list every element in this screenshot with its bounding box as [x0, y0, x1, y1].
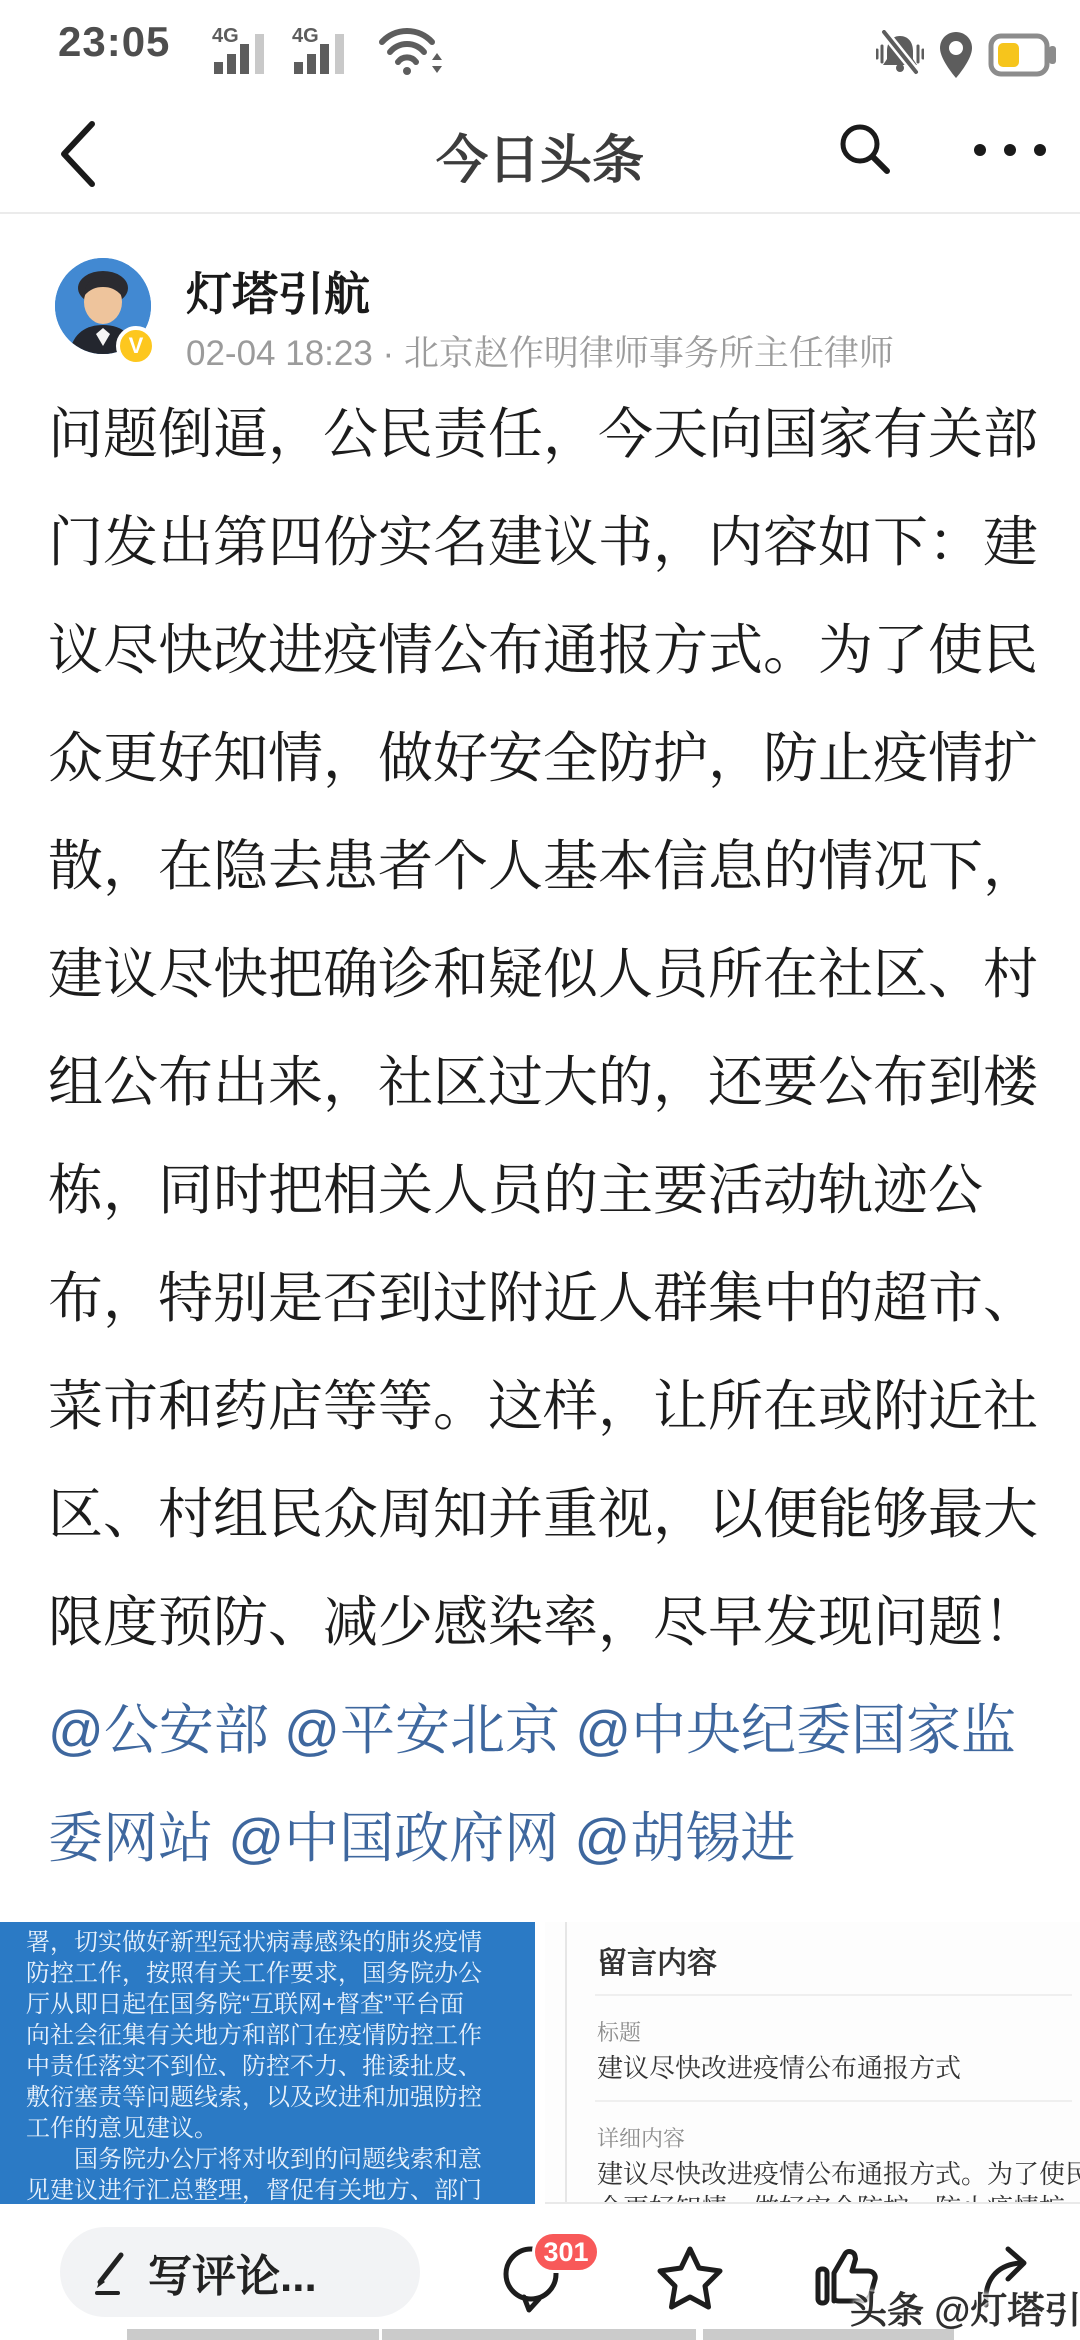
- attachment-text-line: 中责任落实不到位、防控不力、推诿扯皮、: [26, 2051, 535, 2082]
- header-divider: [0, 212, 1080, 214]
- mention-link-line[interactable]: 委网站 @中国政府网 @胡锡进: [48, 1784, 1038, 1892]
- verified-badge: V: [116, 326, 156, 366]
- form-divider: [595, 2100, 1072, 2102]
- battery-icon: [988, 32, 1058, 78]
- author-meta: 02-04 18:23 · 北京赵作明律师事务所主任律师: [186, 326, 894, 376]
- form-title-label: 标题: [597, 2016, 641, 2047]
- attachment-text-line: 向社会征集有关地方和部门在疫情防控工作: [26, 2020, 535, 2051]
- post-text-line: 限度预防、减少感染率，尽早发现问题！: [48, 1568, 1038, 1676]
- post-text-line: 问题倒逼，公民责任，今天向国家有关部: [48, 380, 1038, 488]
- mute-bell-icon: [876, 30, 924, 78]
- wifi-icon: [376, 22, 446, 76]
- card-left-border: [565, 1922, 567, 2202]
- post-text-line: 布，特别是否到过附近人群集中的超市、: [48, 1244, 1038, 1352]
- attachment-text-line: 国务院办公厅将对收到的问题线索和意: [26, 2144, 535, 2175]
- mention-link-line[interactable]: @公安部 @平安北京 @中央纪委国家监: [48, 1676, 1038, 1784]
- search-icon[interactable]: [834, 118, 896, 180]
- comment-count-badge: 301: [532, 2231, 600, 2273]
- cellular-signal-icon-1: 4G: [212, 24, 274, 76]
- pencil-icon: [88, 2248, 132, 2296]
- comment-placeholder: 写评论...: [148, 2240, 317, 2304]
- post-text-line: 区、村组民众周知并重视，以便能够最大: [48, 1460, 1038, 1568]
- thumbnail-strip: [703, 2329, 954, 2340]
- post-text-line: 散，在隐去患者个人基本信息的情况下，: [48, 812, 1038, 920]
- post-text-line: 门发出第四份实名建议书，内容如下：建: [48, 488, 1038, 596]
- attachment-image-document[interactable]: 署，切实做好新型冠状病毒感染的肺炎疫情 防控工作，按照有关工作要求，国务院办公 …: [0, 1922, 535, 2204]
- post-text-line: 众更好知情，做好安全防护，防止疫情扩: [48, 704, 1038, 812]
- thumbnail-strip: [127, 2329, 379, 2340]
- attachment-text-line: 厅从即日起在国务院“互联网+督查”平台面: [26, 1989, 535, 2020]
- status-time: 23:05: [58, 18, 170, 66]
- attachment-text-line: 敷衍塞责等问题线索，以及改进和加强防控: [26, 2082, 535, 2113]
- form-detail-label: 详细内容: [597, 2122, 685, 2153]
- location-icon: [936, 30, 976, 82]
- post-text-line: 议尽快改进疫情公布通报方式。为了使民: [48, 596, 1038, 704]
- attachment-text-line: 署，切实做好新型冠状病毒感染的肺炎疫情: [26, 1927, 535, 1958]
- post-text-line: 栋，同时把相关人员的主要活动轨迹公: [48, 1136, 1038, 1244]
- form-detail-line: 众更好知情，做好安全防护，防止疫情扩: [597, 2188, 1065, 2204]
- page-title: 今日头条: [0, 118, 1080, 193]
- more-options-icon[interactable]: [968, 138, 1052, 162]
- post-text-line: 菜市和药店等等。这样，让所在或附近社: [48, 1352, 1038, 1460]
- post-text-line: 组公布出来，社区过大的，还要公布到楼: [48, 1028, 1038, 1136]
- author-name[interactable]: 灯塔引航: [186, 258, 370, 324]
- form-header: 留言内容: [597, 1938, 717, 1982]
- attachment-image-form[interactable]: 留言内容 标题 建议尽快改进疫情公布通报方式 详细内容 建议尽快改进疫情公布通报…: [545, 1922, 1080, 2204]
- svg-text:4G: 4G: [292, 25, 319, 47]
- watermark: 头条 @灯塔引航: [850, 2280, 1072, 2334]
- form-divider: [595, 1994, 1072, 1996]
- svg-text:4G: 4G: [212, 25, 239, 47]
- comment-input[interactable]: 写评论...: [60, 2227, 420, 2317]
- form-title-value: 建议尽快改进疫情公布通报方式: [597, 2048, 961, 2085]
- cellular-signal-icon-2: 4G: [292, 24, 354, 76]
- post-body: 问题倒逼，公民责任，今天向国家有关部 门发出第四份实名建议书，内容如下：建 议尽…: [48, 380, 1038, 1892]
- thumbnail-strip: [382, 2329, 696, 2340]
- attachment-text-line: 见建议进行汇总整理，督促有关地方、部门: [26, 2175, 535, 2204]
- attachment-text-line: 工作的意见建议。: [26, 2113, 535, 2144]
- star-icon[interactable]: [654, 2243, 726, 2315]
- attachment-text-line: 防控工作，按照有关工作要求，国务院办公: [26, 1958, 535, 1989]
- form-detail-line: 建议尽快改进疫情公布通报方式。为了使民: [597, 2154, 1080, 2191]
- post-text-line: 建议尽快把确诊和疑似人员所在社区、村: [48, 920, 1038, 1028]
